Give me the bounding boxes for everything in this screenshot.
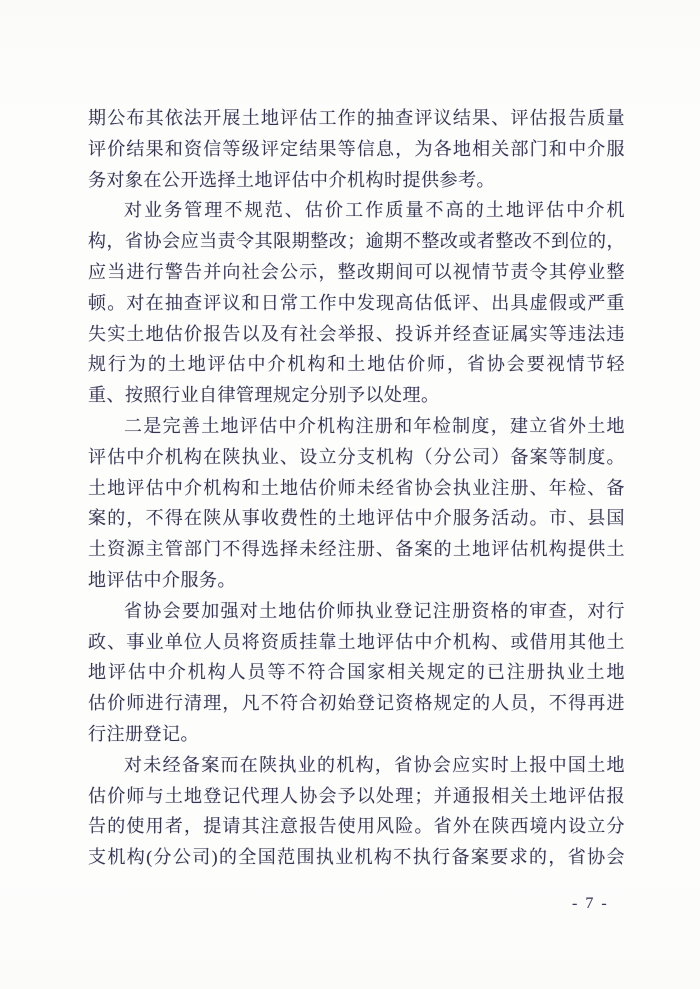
text-line: 期公布其依法开展土地评估工作的抽查评议结果、评估报告质量 — [88, 103, 625, 134]
paragraph: 对业务管理不规范、估价工作质量不高的土地评估中介机构，省协会应当责令其限期整改；… — [88, 195, 625, 411]
page-number: - 7 - — [572, 893, 632, 915]
paragraph: 二是完善土地评估中介机构注册和年检制度，建立省外土地评估中介机构在陕执业、设立分… — [88, 411, 625, 596]
text-line: 案的，不得在陕从事收费性的土地评估中介服务活动。市、县国 — [88, 503, 625, 534]
text-line: 对未经备案而在陕执业的机构，省协会应实时上报中国土地 — [88, 750, 625, 781]
text-line: 务对象在公开选择土地评估中介机构时提供参考。 — [88, 165, 625, 196]
text-line: 评价结果和资信等级评定结果等信息，为各地相关部门和中介服 — [88, 134, 625, 165]
text-line: 省协会要加强对土地估价师执业登记注册资格的审查，对行 — [88, 596, 625, 627]
text-line: 土地评估中介机构和土地估价师未经省协会执业注册、年检、备 — [88, 473, 625, 504]
scanned-document-page: 期公布其依法开展土地评估工作的抽查评议结果、评估报告质量评价结果和资信等级评定结… — [0, 0, 700, 989]
text-line: 政、事业单位人员将资质挂靠土地评估中介机构、或借用其他土 — [88, 627, 625, 658]
text-line: 顿。对在抽查评议和日常工作中发现高估低评、出具虚假或严重 — [88, 288, 625, 319]
text-line: 地评估中介服务。 — [88, 565, 625, 596]
text-line: 重、按照行业自律管理规定分别予以处理。 — [88, 380, 625, 411]
text-line: 支机构(分公司)的全国范围执业机构不执行备案要求的，省协会 — [88, 842, 625, 873]
paragraph: 期公布其依法开展土地评估工作的抽查评议结果、评估报告质量评价结果和资信等级评定结… — [88, 103, 625, 195]
text-line: 评估中介机构在陕执业、设立分支机构（分公司）备案等制度。 — [88, 442, 625, 473]
text-line: 应当进行警告并向社会公示，整改期间可以视情节责令其停业整 — [88, 257, 625, 288]
text-line: 估价师进行清理，凡不符合初始登记资格规定的人员，不得再进 — [88, 688, 625, 719]
text-line: 行注册登记。 — [88, 719, 625, 750]
paragraph: 对未经备案而在陕执业的机构，省协会应实时上报中国土地估价师与土地登记代理人协会予… — [88, 750, 625, 873]
text-line: 对业务管理不规范、估价工作质量不高的土地评估中介机 — [88, 195, 625, 226]
text-line: 二是完善土地评估中介机构注册和年检制度，建立省外土地 — [88, 411, 625, 442]
text-line: 土资源主管部门不得选择未经注册、备案的土地评估机构提供土 — [88, 534, 625, 565]
text-line: 失实土地估价报告以及有社会举报、投诉并经查证属实等违法违 — [88, 319, 625, 350]
text-line: 告的使用者，提请其注意报告使用风险。省外在陕西境内设立分 — [88, 811, 625, 842]
paragraph: 省协会要加强对土地估价师执业登记注册资格的审查，对行政、事业单位人员将资质挂靠土… — [88, 596, 625, 750]
text-line: 构，省协会应当责令其限期整改；逾期不整改或者整改不到位的， — [88, 226, 625, 257]
text-line: 估价师与土地登记代理人协会予以处理；并通报相关土地评估报 — [88, 781, 625, 812]
document-body: 期公布其依法开展土地评估工作的抽查评议结果、评估报告质量评价结果和资信等级评定结… — [88, 103, 625, 873]
text-line: 规行为的土地评估中介机构和土地估价师，省协会要视情节轻 — [88, 349, 625, 380]
text-line: 地评估中介机构人员等不符合国家相关规定的已注册执业土地 — [88, 657, 625, 688]
